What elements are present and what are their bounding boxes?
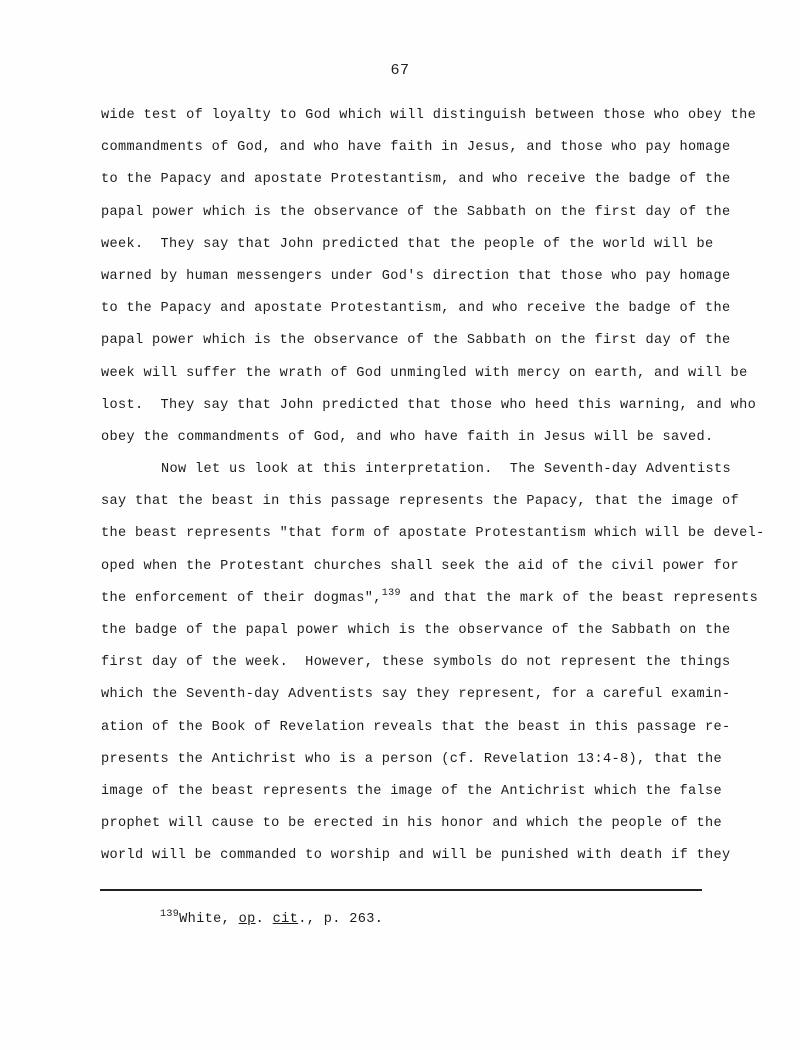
text-segment: and that the mark of the beast represent… [401, 591, 758, 606]
text-line: papal power which is the observance of t… [101, 328, 731, 360]
body-text: wide test of loyalty to God which will d… [101, 103, 731, 876]
text-line: world will be commanded to worship and w… [101, 843, 731, 875]
footnote-cit: cit [273, 912, 299, 927]
text-line: presents the Antichrist who is a person … [101, 747, 731, 779]
text-segment: the enforcement of their dogmas", [101, 591, 382, 606]
text-line: week will suffer the wrath of God unming… [101, 361, 731, 393]
text-line: warned by human messengers under God's d… [101, 264, 731, 296]
text-line: prophet will cause to be erected in his … [101, 811, 731, 843]
footnote-author: White, [179, 912, 239, 927]
text-line: which the Seventh-day Adventists say the… [101, 682, 731, 714]
text-line: week. They say that John predicted that … [101, 232, 731, 264]
text-line: lost. They say that John predicted that … [101, 393, 731, 425]
footnote-page: ., p. 263. [298, 912, 383, 927]
paragraph-start-line: Now let us look at this interpretation. … [101, 457, 731, 489]
text-line: first day of the week. However, these sy… [101, 650, 731, 682]
text-line: papal power which is the observance of t… [101, 200, 731, 232]
text-line: commandments of God, and who have faith … [101, 135, 731, 167]
footnote-divider [100, 889, 702, 891]
footnote-op: op [239, 912, 256, 927]
text-line: image of the beast represents the image … [101, 779, 731, 811]
text-line: the badge of the papal power which is th… [101, 618, 731, 650]
footnote-sep: . [256, 912, 273, 927]
footnote-number: 139 [160, 909, 179, 920]
footnote-reference[interactable]: 139 [382, 588, 401, 599]
text-line: wide test of loyalty to God which will d… [101, 103, 731, 135]
text-line: the beast represents "that form of apost… [101, 521, 731, 553]
text-line: ation of the Book of Revelation reveals … [101, 715, 731, 747]
page-number: 67 [0, 62, 800, 79]
text-line: to the Papacy and apostate Protestantism… [101, 167, 731, 199]
text-line: obey the commandments of God, and who ha… [101, 425, 731, 457]
text-line: to the Papacy and apostate Protestantism… [101, 296, 731, 328]
text-line-with-footnote-ref: the enforcement of their dogmas",139 and… [101, 586, 731, 618]
document-page: 67 wide test of loyalty to God which wil… [0, 0, 800, 1050]
footnote: 139White, op. cit., p. 263. [160, 912, 383, 927]
text-line: say that the beast in this passage repre… [101, 489, 731, 521]
text-line: oped when the Protestant churches shall … [101, 554, 731, 586]
